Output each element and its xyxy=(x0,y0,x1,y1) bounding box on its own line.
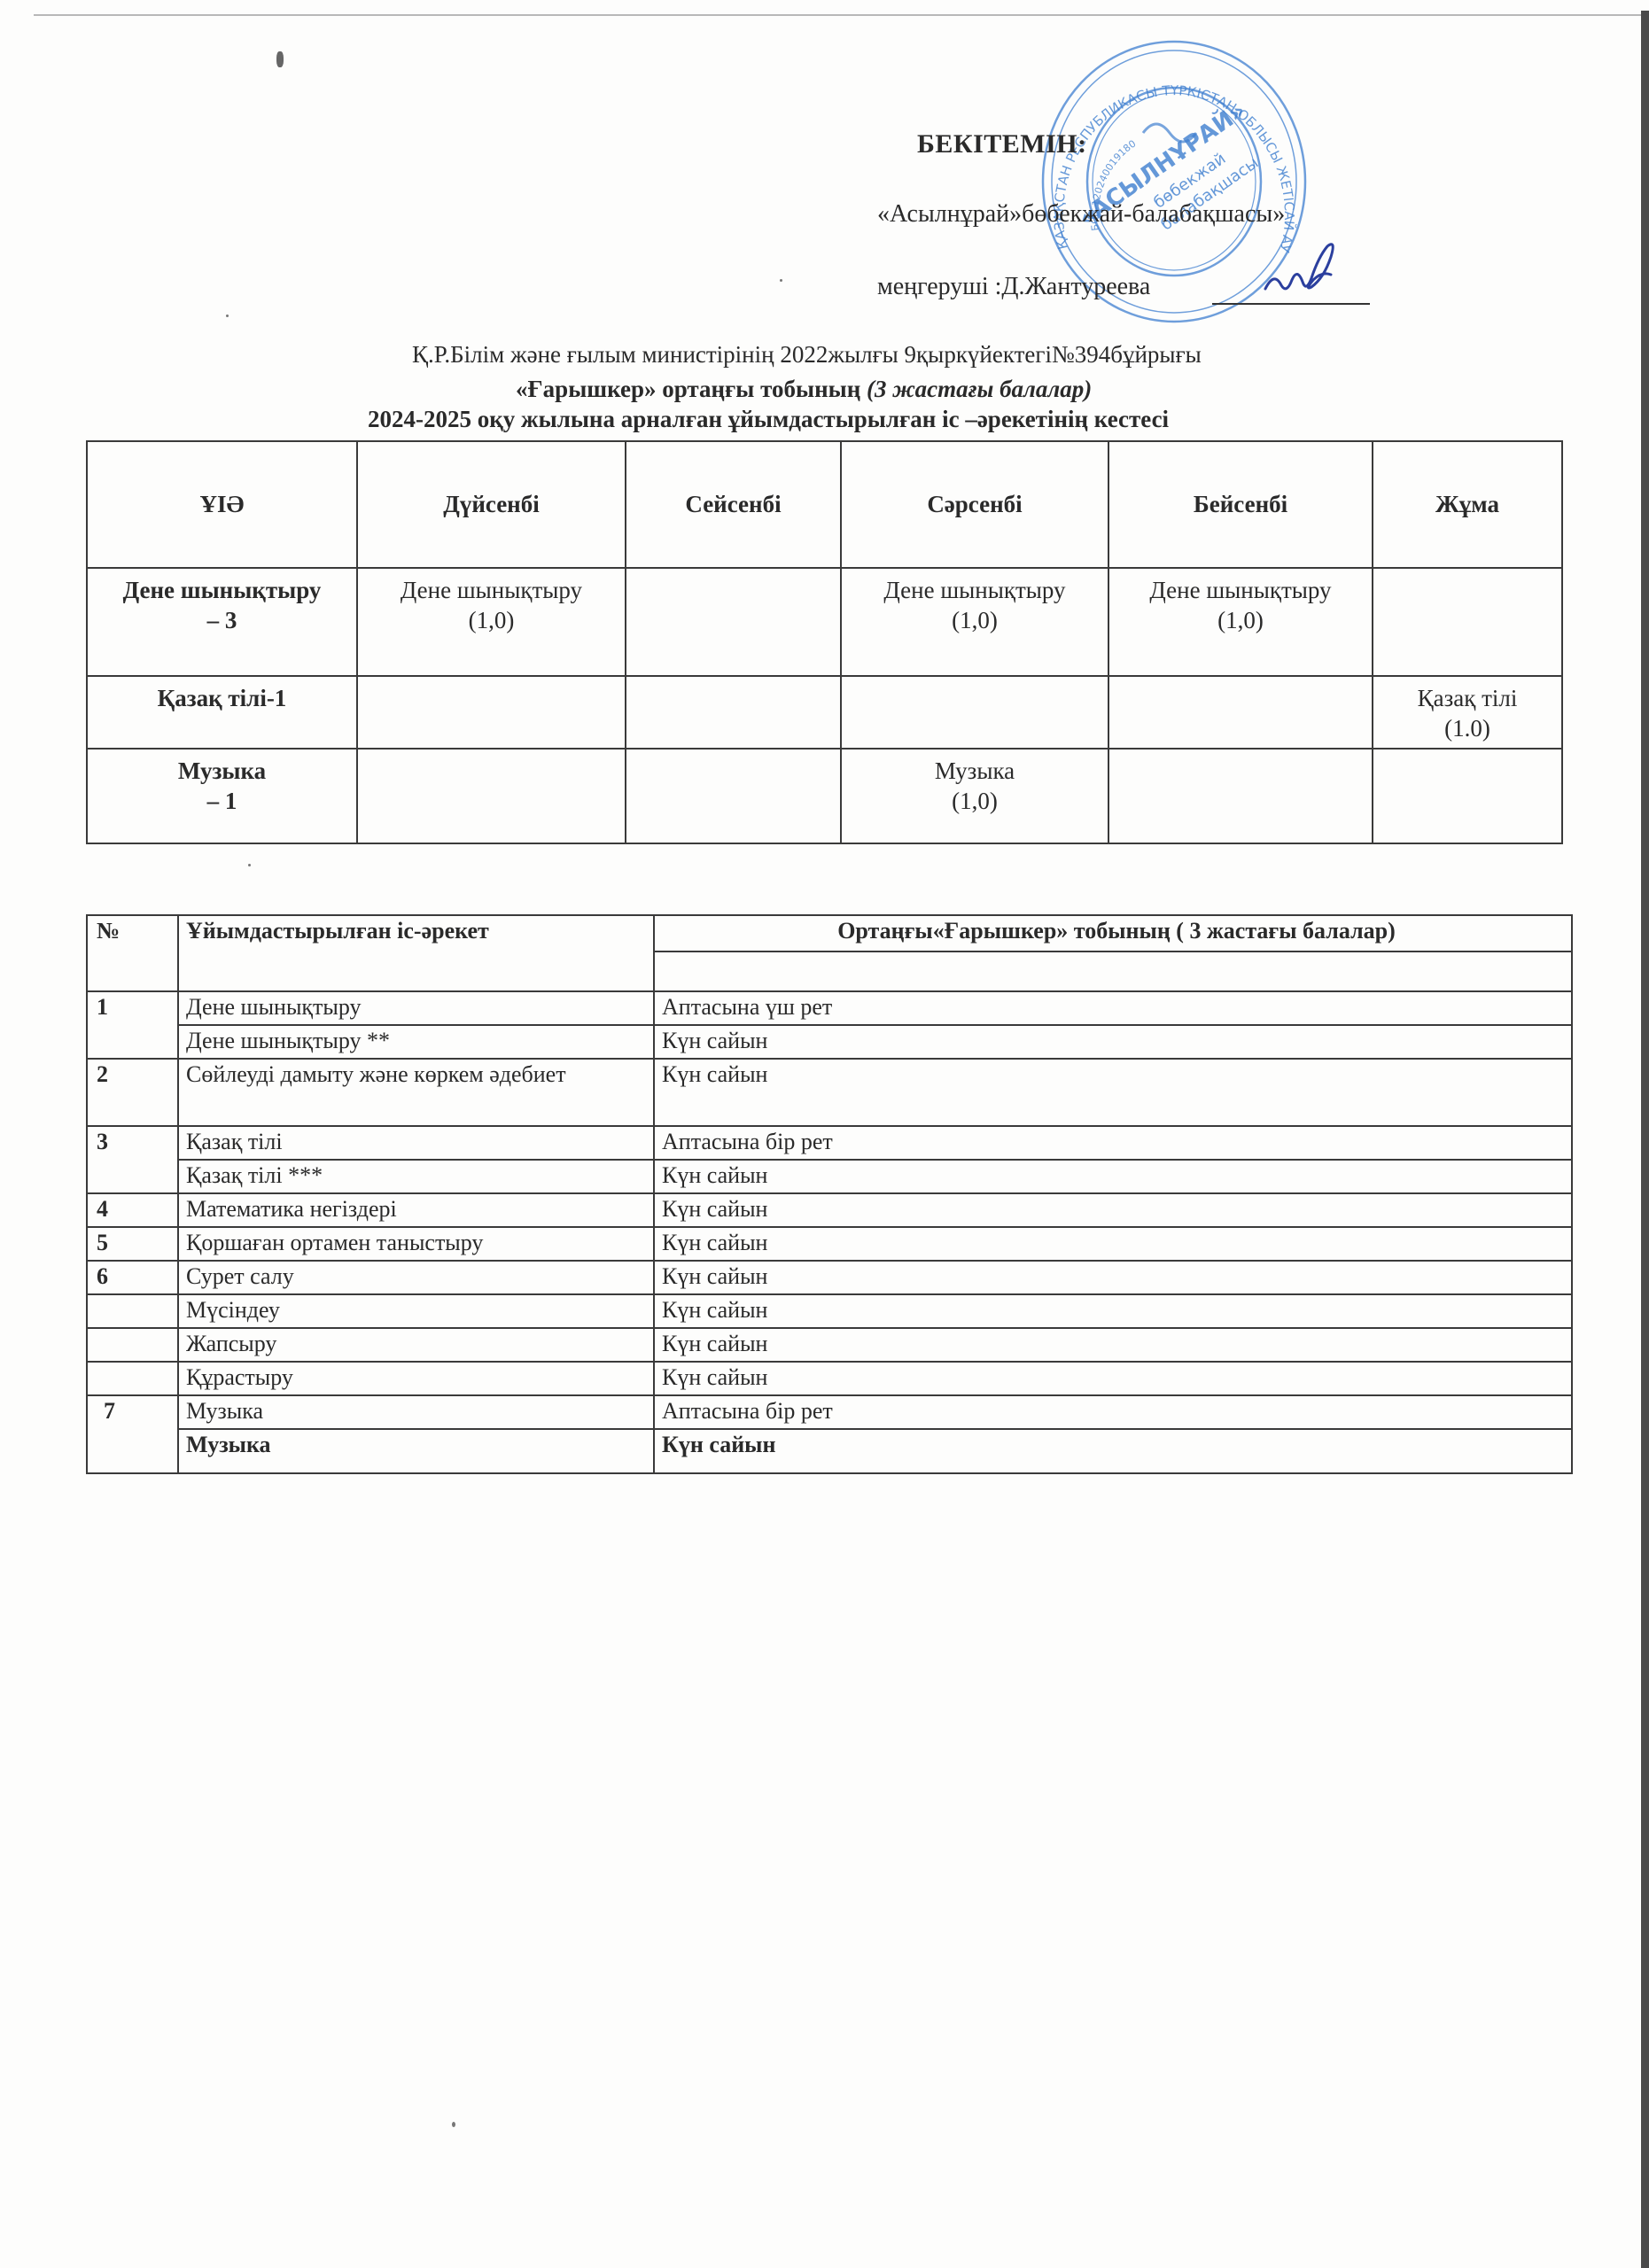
group-name: «Ғарышкер» ортаңғы тобының xyxy=(516,376,860,402)
row-activity: Музыка xyxy=(178,1429,654,1473)
row-frequency: Күн сайын xyxy=(654,1025,1572,1059)
row-frequency: Аптасына бір рет xyxy=(654,1126,1572,1160)
row-activity: Дене шынықтыру ** xyxy=(178,1025,654,1059)
scan-speck xyxy=(452,2122,455,2127)
row-activity: Дене шынықтыру– 3 xyxy=(87,568,357,676)
row-activity: Қазақ тілі xyxy=(178,1126,654,1160)
schedule-cell: Дене шынықтыру(1,0) xyxy=(357,568,626,676)
row-activity: Сурет салу xyxy=(178,1261,654,1294)
group-age: (3 жастағы балалар) xyxy=(867,376,1092,402)
row-number xyxy=(87,1328,178,1362)
row-activity: Сөйлеуді дамыту және көркем әдебиет xyxy=(178,1059,654,1126)
row-frequency: Күн сайын xyxy=(654,1160,1572,1193)
director-name: меңгеруші :Д.Жантуреева xyxy=(877,273,1150,301)
row-number: 5 xyxy=(87,1227,178,1261)
row-number xyxy=(87,1362,178,1395)
table-row: 1 Дене шынықтыру Аптасына үш рет xyxy=(87,991,1572,1025)
scan-speck xyxy=(248,864,251,866)
schedule-cell: Дене шынықтыру(1,0) xyxy=(841,568,1108,676)
table-row: Дене шынықтыру– 3 Дене шынықтыру(1,0) Де… xyxy=(87,568,1562,676)
table-row: 5 Қоршаған ортамен таныстыру Күн сайын xyxy=(87,1227,1572,1261)
approval-block: ҚАЗАҚСТАН РЕСПУБЛИКАСЫ ТҮРКІСТАН ОБЛЫСЫ … xyxy=(0,0,1649,337)
row-number: 7 xyxy=(87,1395,178,1473)
column-header-monday: Дүйсенбі xyxy=(357,441,626,568)
row-frequency: Күн сайын xyxy=(654,1193,1572,1227)
column-header-activity: ҰІӘ xyxy=(87,441,357,568)
row-number: 3 xyxy=(87,1126,178,1193)
approval-title: БЕКІТЕМІН: xyxy=(917,129,1087,159)
row-activity: Қоршаған ортамен таныстыру xyxy=(178,1227,654,1261)
column-header-group: Ортаңғы«Ғарышкер» тобының ( 3 жастағы ба… xyxy=(654,915,1572,951)
row-frequency: Күн сайын xyxy=(654,1429,1572,1473)
decree-reference: Қ.Р.Білім және ғылым министірінің 2022жы… xyxy=(412,341,1202,369)
row-frequency: Аптасына бір рет xyxy=(654,1395,1572,1429)
table-row: 7 Музыка Аптасына бір рет xyxy=(87,1395,1572,1429)
schedule-cell xyxy=(626,568,841,676)
schedule-cell xyxy=(1108,749,1373,843)
column-header-wednesday: Сәрсенбі xyxy=(841,441,1108,568)
schedule-title: 2024-2025 оқу жылына арналған ұйымдастыр… xyxy=(368,406,1169,433)
group-title: «Ғарышкер» ортаңғы тобының (3 жастағы ба… xyxy=(516,376,1092,403)
column-subheader xyxy=(654,951,1572,991)
weekly-schedule-table: ҰІӘ Дүйсенбі Сейсенбі Сәрсенбі Бейсенбі … xyxy=(86,440,1563,844)
table-row: Мүсіндеу Күн сайын xyxy=(87,1294,1572,1328)
table-row: 6 Сурет салу Күн сайын xyxy=(87,1261,1572,1294)
signature-icon xyxy=(1258,237,1356,308)
column-header-number: № xyxy=(87,915,178,991)
row-activity: Музыка– 1 xyxy=(87,749,357,843)
row-activity: Құрастыру xyxy=(178,1362,654,1395)
column-header-thursday: Бейсенбі xyxy=(1108,441,1373,568)
schedule-cell xyxy=(357,749,626,843)
row-frequency: Күн сайын xyxy=(654,1362,1572,1395)
row-frequency: Күн сайын xyxy=(654,1328,1572,1362)
row-frequency: Аптасына үш рет xyxy=(654,991,1572,1025)
column-header-activity: Ұйымдастырылған іс-әрекет xyxy=(178,915,654,991)
table-row: Құрастыру Күн сайын xyxy=(87,1362,1572,1395)
schedule-cell xyxy=(357,676,626,749)
row-activity: Қазақ тілі-1 xyxy=(87,676,357,749)
table-row: Қазақ тілі *** Күн сайын xyxy=(87,1160,1572,1193)
table-row: Жапсыру Күн сайын xyxy=(87,1328,1572,1362)
row-number: 6 xyxy=(87,1261,178,1294)
schedule-cell: Дене шынықтыру(1,0) xyxy=(1108,568,1373,676)
activity-frequency-table: № Ұйымдастырылған іс-әрекет Ортаңғы«Ғары… xyxy=(86,914,1573,1474)
schedule-cell xyxy=(1108,676,1373,749)
schedule-cell: Музыка(1,0) xyxy=(841,749,1108,843)
schedule-cell: Қазақ тілі(1.0) xyxy=(1373,676,1562,749)
table-row: 3 Қазақ тілі Аптасына бір рет xyxy=(87,1126,1572,1160)
row-number: 2 xyxy=(87,1059,178,1126)
schedule-cell xyxy=(626,749,841,843)
row-frequency: Күн сайын xyxy=(654,1059,1572,1126)
column-header-friday: Жұма xyxy=(1373,441,1562,568)
scan-edge-right xyxy=(1641,11,1649,2268)
row-activity: Жапсыру xyxy=(178,1328,654,1362)
row-activity: Математика негіздері xyxy=(178,1193,654,1227)
row-activity: Музыка xyxy=(178,1395,654,1429)
table-row: Музыка– 1 Музыка(1,0) xyxy=(87,749,1562,843)
row-frequency: Күн сайын xyxy=(654,1294,1572,1328)
row-number: 4 xyxy=(87,1193,178,1227)
table-row: 2 Сөйлеуді дамыту және көркем әдебиет Кү… xyxy=(87,1059,1572,1126)
row-activity: Мүсіндеу xyxy=(178,1294,654,1328)
row-number xyxy=(87,1294,178,1328)
schedule-cell xyxy=(626,676,841,749)
organization-name: «Асылнұрай»бөбекжай-балабақшасы» xyxy=(877,200,1285,229)
row-activity: Дене шынықтыру xyxy=(178,991,654,1025)
schedule-cell xyxy=(1373,749,1562,843)
schedule-header-row: ҰІӘ Дүйсенбі Сейсенбі Сәрсенбі Бейсенбі … xyxy=(87,441,1562,568)
table-row: Музыка Күн сайын xyxy=(87,1429,1572,1473)
table-row: Қазақ тілі-1 Қазақ тілі(1.0) xyxy=(87,676,1562,749)
row-frequency: Күн сайын xyxy=(654,1227,1572,1261)
row-number: 1 xyxy=(87,991,178,1059)
row-frequency: Күн сайын xyxy=(654,1261,1572,1294)
column-header-tuesday: Сейсенбі xyxy=(626,441,841,568)
row-activity: Қазақ тілі *** xyxy=(178,1160,654,1193)
schedule-cell xyxy=(1373,568,1562,676)
table-row: 4 Математика негіздері Күн сайын xyxy=(87,1193,1572,1227)
schedule-cell xyxy=(841,676,1108,749)
plan-header-row: № Ұйымдастырылған іс-әрекет Ортаңғы«Ғары… xyxy=(87,915,1572,951)
table-row: Дене шынықтыру ** Күн сайын xyxy=(87,1025,1572,1059)
